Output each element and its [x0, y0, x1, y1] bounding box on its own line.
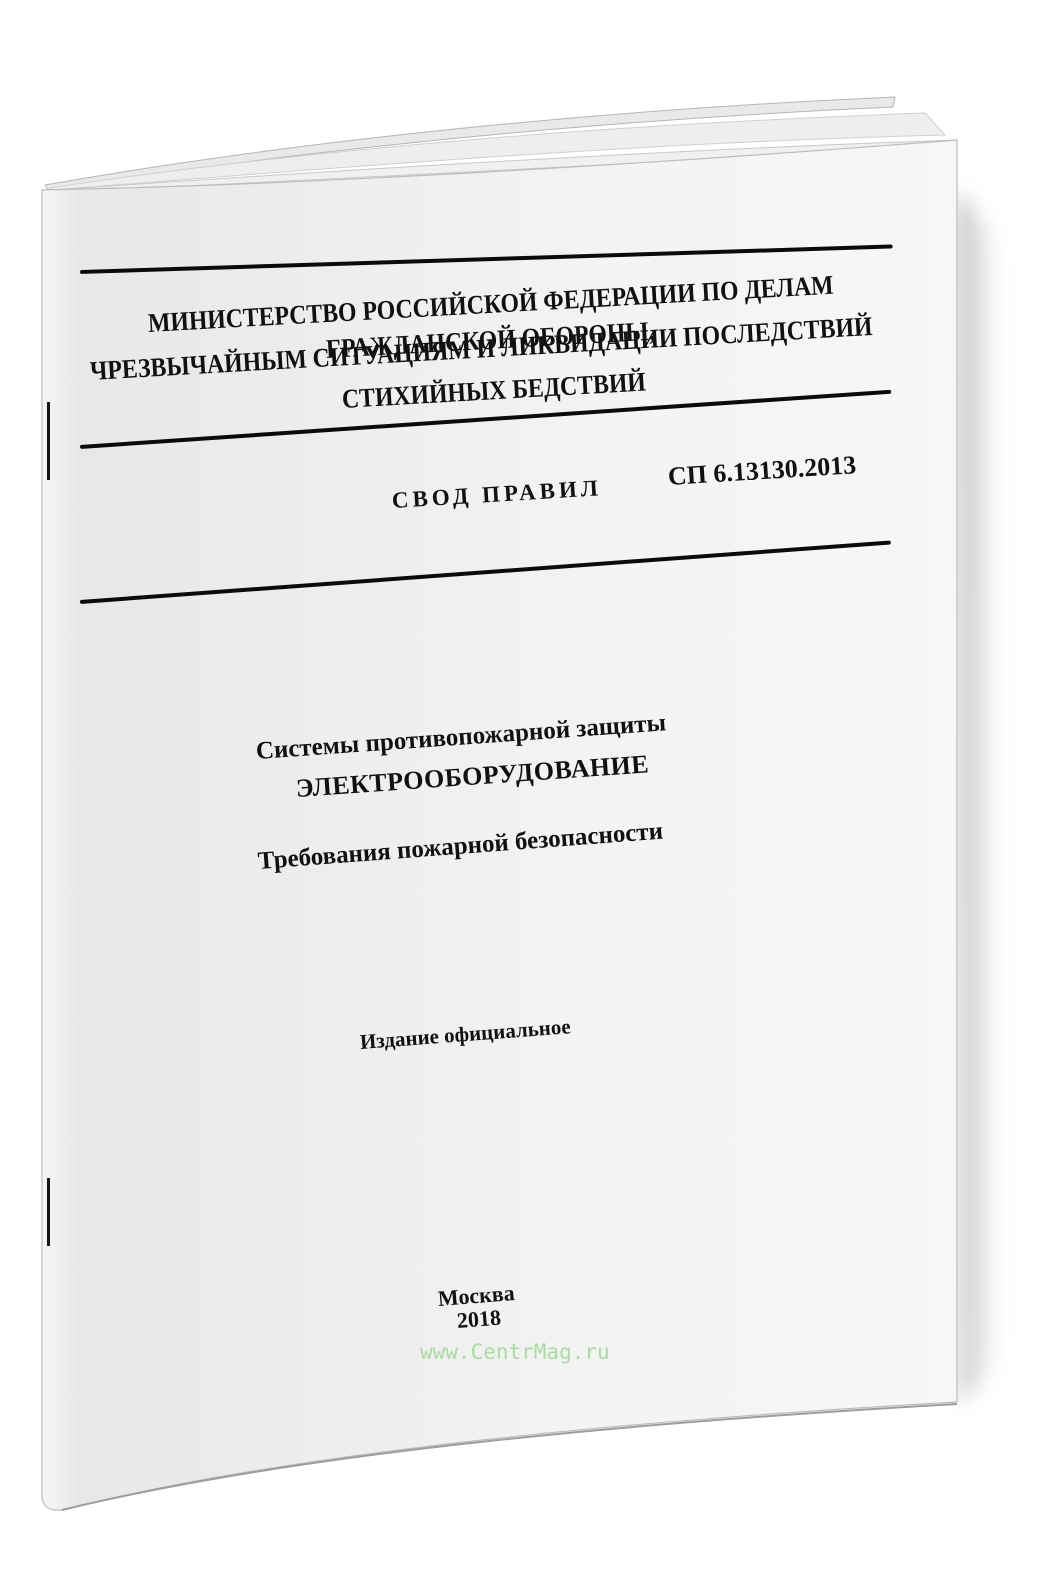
- watermark: www.CentrMag.ru: [420, 1340, 610, 1364]
- staple-top: [47, 402, 50, 480]
- year: 2018: [456, 1305, 502, 1334]
- staple-bottom: [47, 1178, 50, 1246]
- booklet: МИНИСТЕРСТВО РОССИЙСКОЙ ФЕДЕРАЦИИ ПО ДЕЛ…: [0, 0, 1050, 1590]
